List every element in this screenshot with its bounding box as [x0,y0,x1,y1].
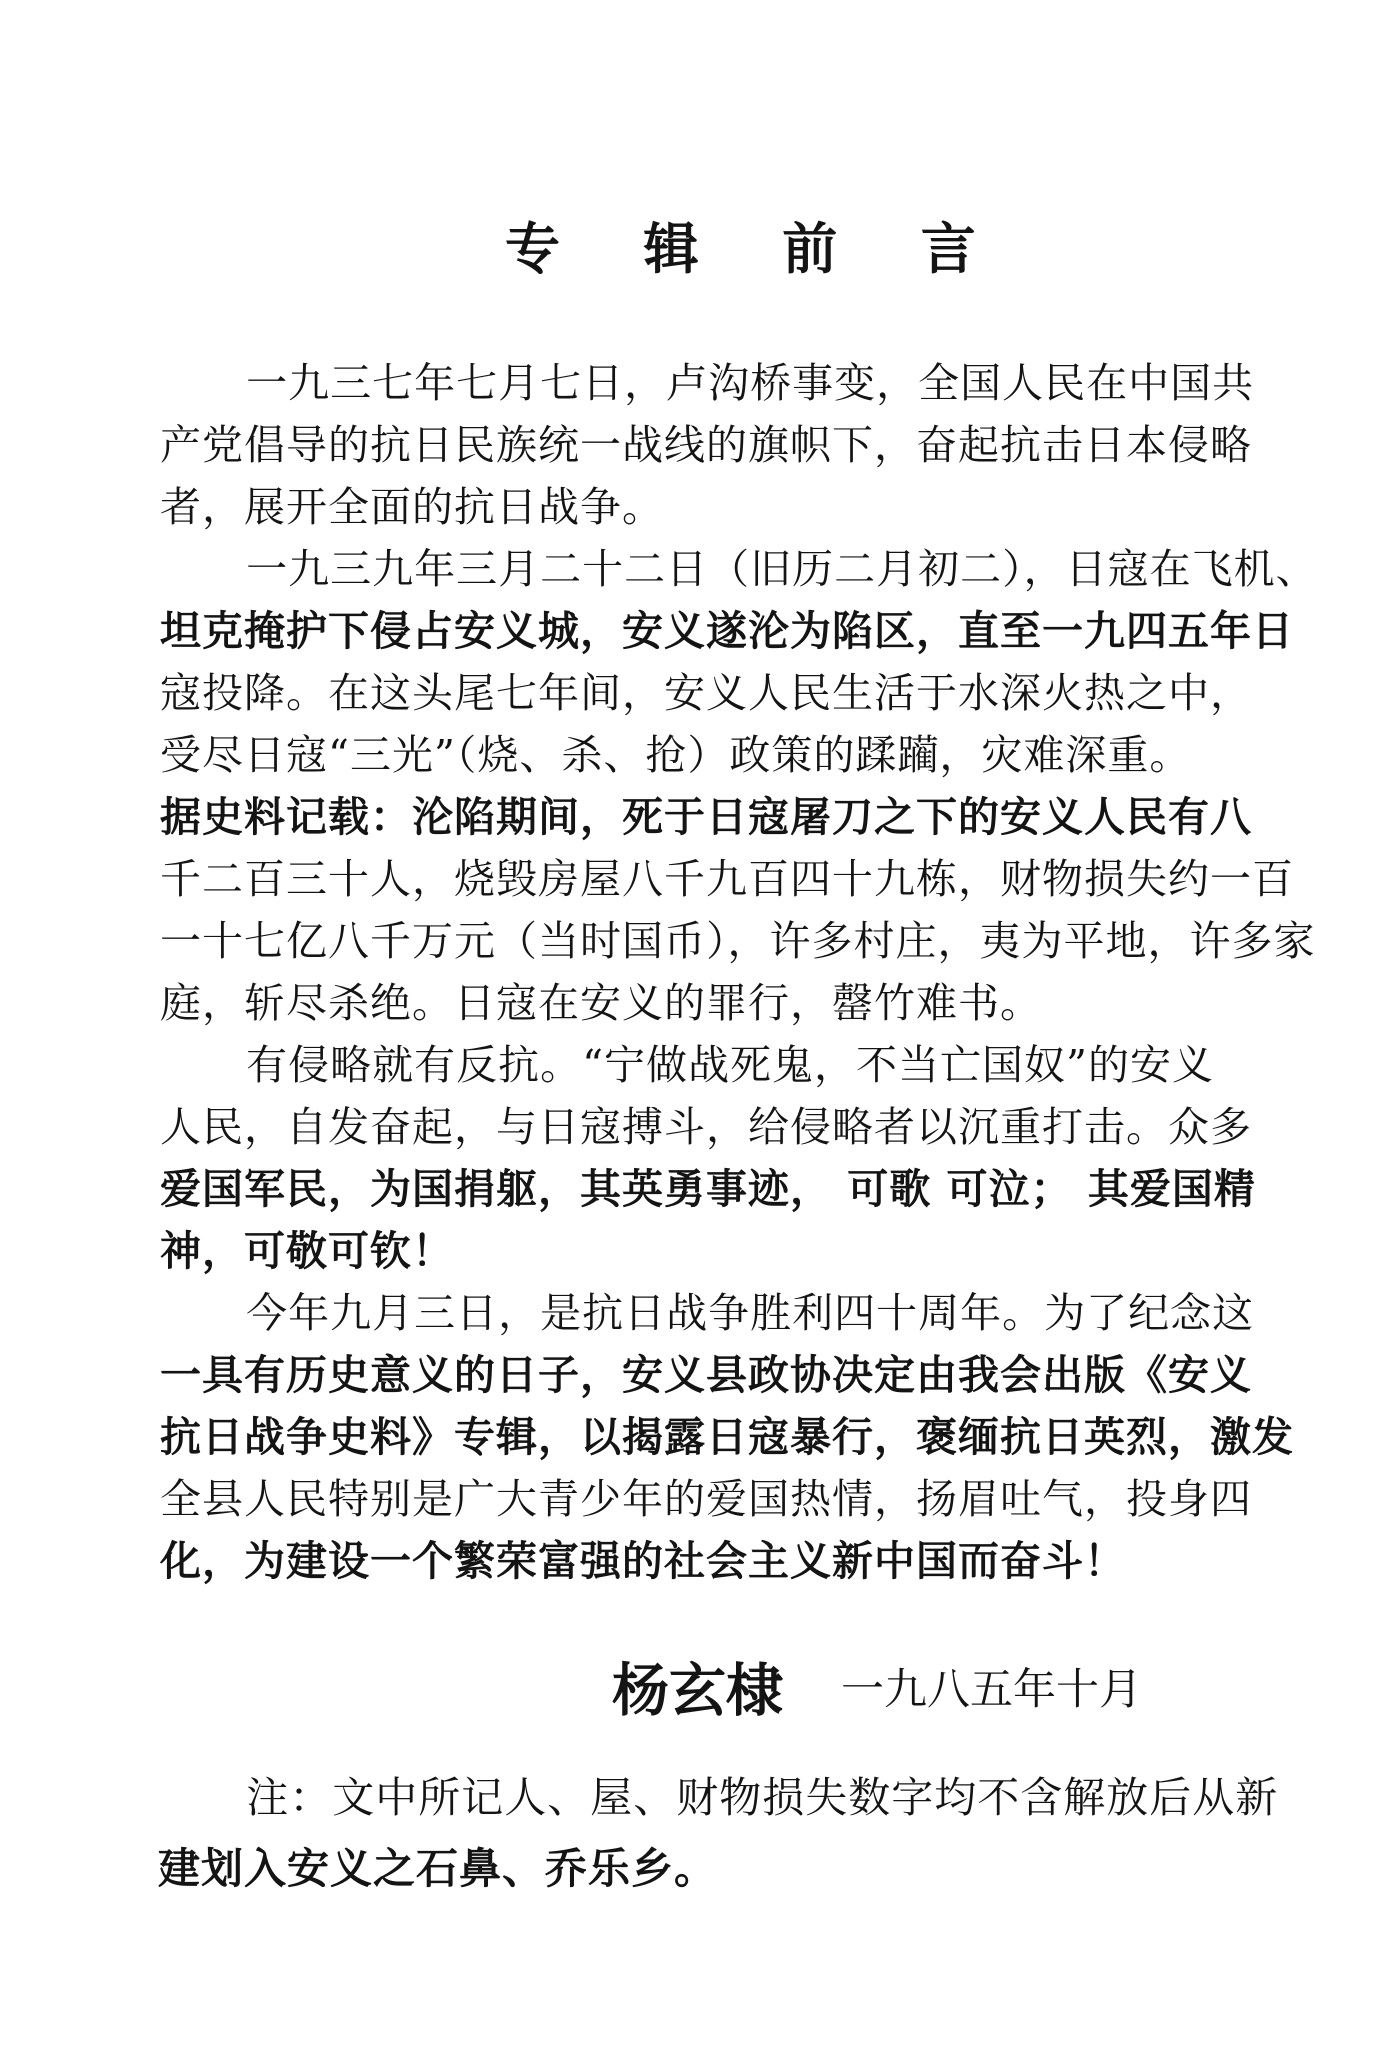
signature-date: 一九八五年十月 [841,1656,1142,1717]
text-line: 庭，斩尽杀绝。日寇在安义的罪行，罄竹难书。 [160,972,1318,1034]
text-line: 一九三七年七月七日，卢沟桥事变，全国人民在中国共 [160,352,1318,414]
text-line: 抗日战争史料》专辑，以揭露日寇暴行，褒缅抗日英烈，激发 [160,1406,1318,1468]
text-line: 人民，自发奋起，与日寇搏斗，给侵略者以沉重打击。众多 [160,1096,1318,1158]
text-line: 坦克掩护下侵占安义城，安义遂沦为陷区，直至一九四五年日 [160,600,1318,662]
text-line: 者，展开全面的抗日战争。 [160,476,1318,538]
text-line: 一九三九年三月二十二日（旧历二月初二），日寇在飞机、 [160,538,1318,600]
text-line: 全县人民特别是广大青少年的爱国热情，扬眉吐气，投身四 [160,1468,1318,1530]
signature-row: 杨玄棣 一九八五年十月 [612,1645,1142,1727]
preface-body: 一九三七年七月七日，卢沟桥事变，全国人民在中国共产党倡导的抗日民族统一战线的旗帜… [160,352,1318,1592]
text-line: 神，可敬可钦！ [160,1220,1318,1282]
text-line: 今年九月三日，是抗日战争胜利四十周年。为了纪念这 [160,1282,1318,1344]
footnote: 注：文中所记人、屋、财物损失数字均不含解放后从新建划入安义之石鼻、乔乐乡。 [158,1762,1278,1904]
scanned-document-page: 专 辑 前 言 一九三七年七月七日，卢沟桥事变，全国人民在中国共产党倡导的抗日民… [0,0,1393,2062]
text-line: 一十七亿八千万元（当时国币），许多村庄，夷为平地，许多家 [160,910,1318,972]
page-title: 专 辑 前 言 [505,205,990,284]
text-line: 建划入安义之石鼻、乔乐乡。 [158,1833,1278,1904]
text-line: 寇投降。在这头尾七年间，安义人民生活于水深火热之中， [160,662,1318,724]
text-line: 有侵略就有反抗。“宁做战死鬼，不当亡国奴”的安义 [160,1034,1318,1096]
text-line: 据史料记载：沦陷期间，死于日寇屠刀之下的安义人民有八 [160,786,1318,848]
text-line: 化，为建设一个繁荣富强的社会主义新中国而奋斗！ [160,1530,1318,1592]
text-line: 一具有历史意义的日子，安义县政协决定由我会出版《安义 [160,1344,1318,1406]
text-line: 爱国军民，为国捐躯，其英勇事迹， 可歌 可泣； 其爱国精 [160,1158,1318,1220]
text-line: 受尽日寇“三光”（烧、杀、抢）政策的蹂躏，灾难深重。 [160,724,1318,786]
author-name: 杨玄棣 [612,1645,783,1727]
text-line: 注：文中所记人、屋、财物损失数字均不含解放后从新 [158,1762,1278,1833]
text-line: 产党倡导的抗日民族统一战线的旗帜下，奋起抗击日本侵略 [160,414,1318,476]
text-line: 千二百三十人，烧毁房屋八千九百四十九栋，财物损失约一百 [160,848,1318,910]
